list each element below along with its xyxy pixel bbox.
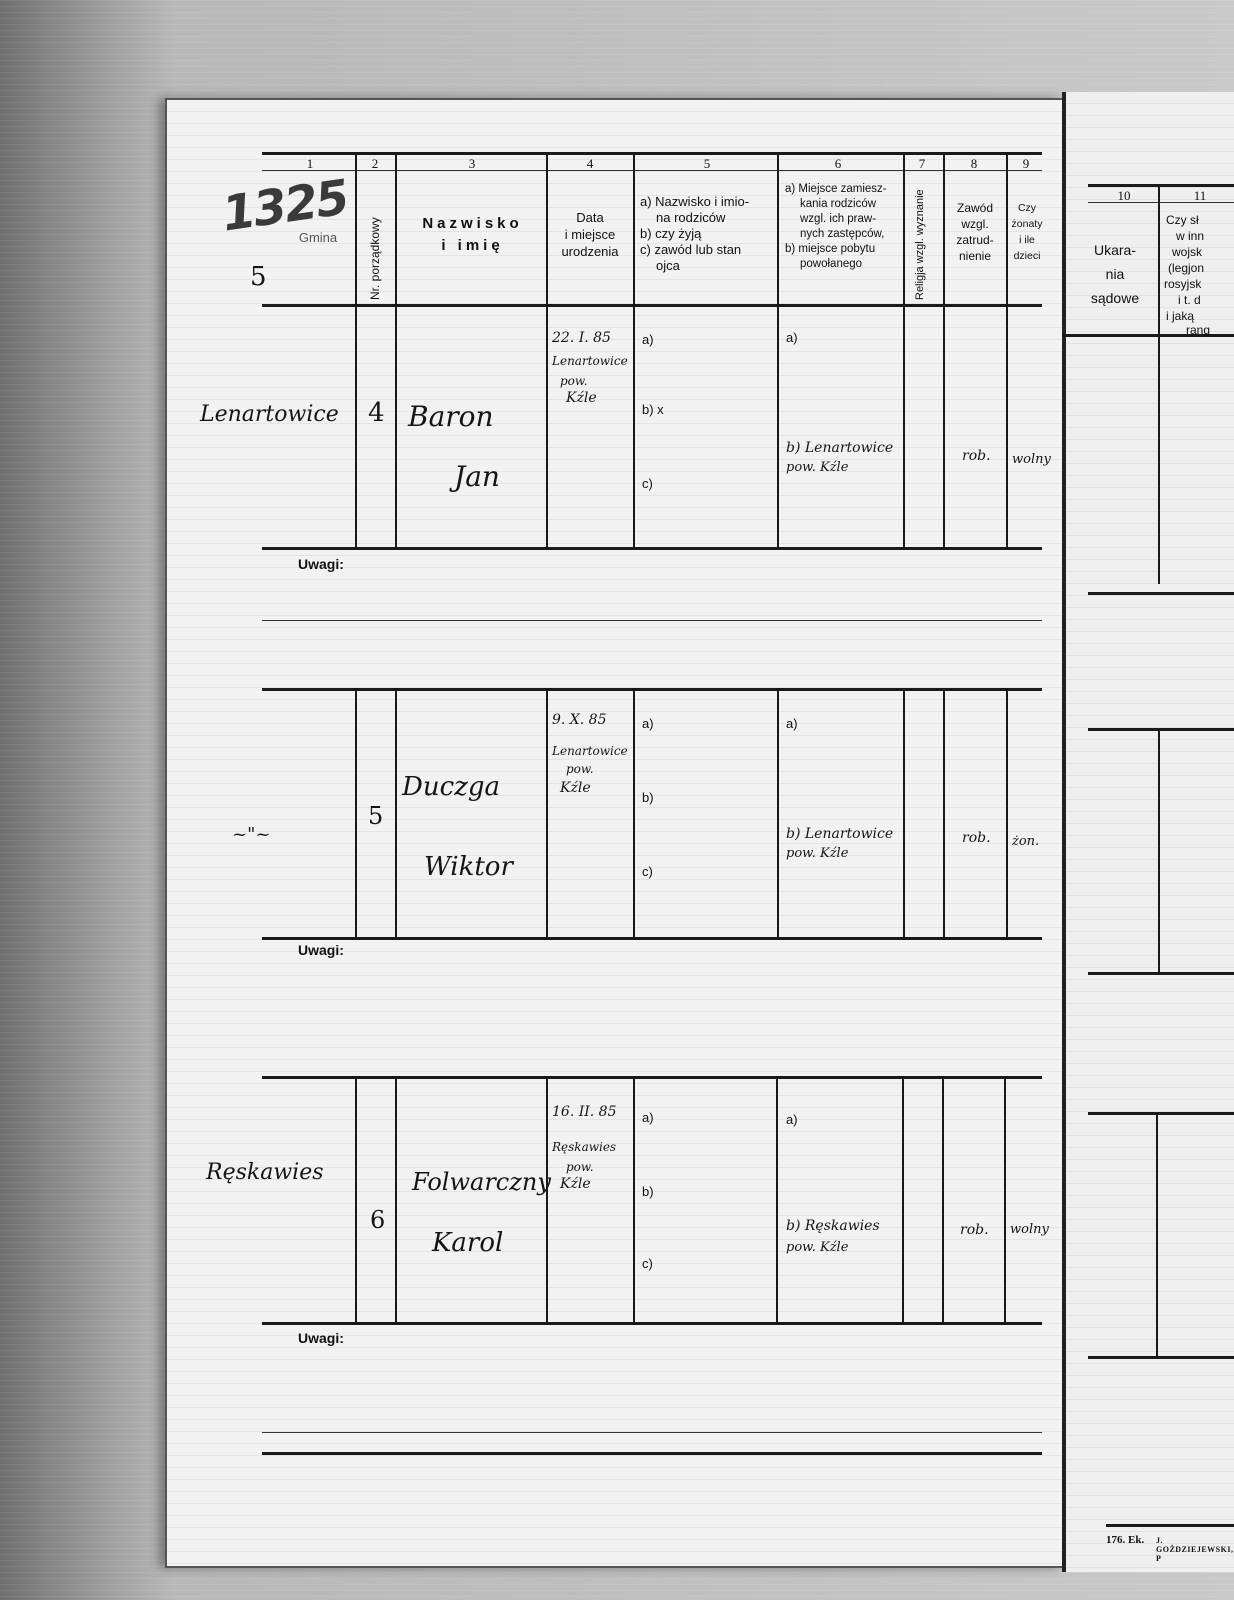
entry-2-given-name: Wiktor bbox=[424, 852, 513, 882]
entry-2-marital: żon. bbox=[1012, 834, 1039, 849]
col-num-5: 5 bbox=[697, 156, 717, 172]
bottom-rule-1 bbox=[262, 1432, 1042, 1433]
col-header-date-3: urodzenia bbox=[548, 244, 632, 260]
entry-3-nr: 6 bbox=[370, 1206, 385, 1234]
col-header-residence-a: a) Miejsce zamiesz- bbox=[785, 182, 905, 197]
entry-1-residence-b: b) Lenartowice bbox=[786, 440, 893, 456]
col-divider bbox=[777, 152, 779, 304]
col-divider bbox=[777, 304, 779, 548]
entry-1-birth-date: 22. I. 85 bbox=[552, 330, 611, 346]
entry-2-parents-c: c) bbox=[642, 864, 653, 879]
col-header-residence-a4: nych zastępców, bbox=[800, 227, 905, 242]
entry-1-bottom-rule bbox=[262, 547, 1042, 550]
col-num-3: 3 bbox=[462, 156, 482, 172]
entry-3-parents-a: a) bbox=[642, 1110, 654, 1125]
col-divider bbox=[395, 1076, 397, 1322]
col-divider bbox=[943, 304, 945, 548]
register-page-left bbox=[165, 98, 1065, 1568]
entry-1-surname: Baron bbox=[408, 400, 494, 433]
entry-1-given-name: Jan bbox=[454, 460, 500, 493]
header-num-rule-right bbox=[1088, 202, 1234, 203]
entry-1-marital: wolny bbox=[1012, 452, 1051, 467]
col-header-marital-1: Czy bbox=[1008, 200, 1046, 216]
col-divider bbox=[943, 152, 945, 304]
col-header-parents-c2: ojca bbox=[656, 258, 780, 274]
entry-1-uwagi-label: Uwagi: bbox=[298, 556, 344, 572]
entry-1-parents-a: a) bbox=[642, 332, 654, 347]
entry-2-birth-district-name: Kźle bbox=[560, 780, 591, 796]
col-header-service-4: (legjon bbox=[1168, 260, 1234, 276]
col-divider bbox=[395, 304, 397, 548]
entry-2-residence-a: a) bbox=[786, 716, 798, 731]
entry-1-parents-b: b) x bbox=[642, 402, 664, 417]
col-header-date-2: i miejsce bbox=[548, 227, 632, 243]
entry-2-parents-a: a) bbox=[642, 716, 654, 731]
col-header-punishments-3: sądowe bbox=[1070, 288, 1160, 308]
col-divider bbox=[395, 688, 397, 938]
right-rule bbox=[1088, 1356, 1234, 1359]
col-header-occupation-1: Zawód bbox=[944, 200, 1006, 216]
right-rule bbox=[1088, 592, 1234, 595]
col-num-1: 1 bbox=[300, 156, 320, 172]
col-header-service-3: wojsk bbox=[1172, 244, 1232, 260]
col-header-marital-2: żonaty bbox=[1006, 216, 1048, 232]
entry-3-bottom-rule bbox=[262, 1322, 1042, 1325]
entry-1-birth-place: Lenartowice bbox=[552, 354, 628, 368]
entry-3-birth-district: pow. bbox=[566, 1160, 594, 1174]
entry-2-gmina: ~"~ bbox=[232, 824, 270, 845]
col-header-service-8: rang bbox=[1186, 322, 1234, 338]
entry-3-parents-c: c) bbox=[642, 1256, 653, 1271]
entry-2-residence-b: b) Lenartowice bbox=[786, 826, 893, 842]
sheet-mark: 5 bbox=[250, 262, 267, 292]
entry-2-residence-b2: pow. Kźle bbox=[786, 846, 848, 861]
col-header-parents-a2: na rodziców bbox=[656, 210, 780, 226]
col-divider bbox=[1156, 1112, 1158, 1358]
col-divider bbox=[355, 1076, 357, 1322]
col-header-marital-3: i ile bbox=[1008, 232, 1046, 248]
col-divider bbox=[633, 304, 635, 548]
col-num-4: 4 bbox=[580, 156, 600, 172]
col-header-occupation-3: zatrud- bbox=[944, 232, 1006, 248]
col-header-service-5: rosyjsk bbox=[1164, 276, 1234, 292]
entry-3-top-rule bbox=[262, 1076, 1042, 1079]
entry-2-uwagi-label: Uwagi: bbox=[298, 942, 344, 958]
entry-1-parents-c: c) bbox=[642, 476, 653, 491]
col-header-religion: Religja wzgl. wyznanie bbox=[914, 189, 926, 300]
col-header-residence-b: b) miejsce pobytu bbox=[785, 242, 905, 257]
right-rule bbox=[1088, 972, 1234, 975]
entry-3-given-name: Karol bbox=[432, 1228, 503, 1258]
col-divider bbox=[903, 152, 905, 304]
entry-1-gmina: Lenartowice bbox=[200, 402, 339, 427]
paper-texture bbox=[167, 100, 1063, 1566]
entry-1-birth-district-name: Kźle bbox=[566, 390, 597, 406]
col-divider bbox=[546, 688, 548, 938]
footer-printer: J. GOŻDZIEJEWSKI, P bbox=[1156, 1536, 1234, 1563]
col-divider bbox=[1006, 688, 1008, 938]
col-header-residence-a3: wzgl. ich praw- bbox=[800, 212, 905, 227]
entry-3-uwagi-label: Uwagi: bbox=[298, 1330, 344, 1346]
col-divider bbox=[355, 304, 357, 548]
col-divider bbox=[942, 1076, 944, 1322]
entry-2-birth-date: 9. X. 85 bbox=[552, 712, 607, 728]
col-header-service-6: i t. d bbox=[1178, 292, 1234, 308]
entry-2-nr: 5 bbox=[368, 802, 383, 830]
entry-3-occupation: rob. bbox=[960, 1222, 989, 1238]
col-divider bbox=[395, 152, 397, 304]
col-header-residence-a2: kania rodziców bbox=[800, 197, 905, 212]
entry-1-residence-a: a) bbox=[786, 330, 798, 345]
header-bottom-rule bbox=[262, 304, 1042, 307]
uwagi-1-rule bbox=[262, 620, 1042, 621]
col-header-date-1: Data bbox=[548, 210, 632, 226]
header-top-rule-right bbox=[1088, 184, 1234, 187]
col-header-punishments-2: nia bbox=[1070, 264, 1160, 284]
col-num-9: 9 bbox=[1016, 156, 1036, 172]
col-header-service-2: w inn bbox=[1176, 228, 1234, 244]
col-divider bbox=[777, 688, 779, 938]
col-divider bbox=[903, 304, 905, 548]
col-header-given-name: i imię bbox=[400, 238, 545, 254]
entry-2-bottom-rule bbox=[262, 937, 1042, 940]
col-divider bbox=[943, 688, 945, 938]
col-header-marital-4: dzieci bbox=[1008, 248, 1046, 264]
entry-1-occupation: rob. bbox=[962, 448, 991, 464]
col-header-parents-c: c) zawód lub stan bbox=[640, 242, 780, 258]
footer-form-number: 176. Ek. bbox=[1106, 1534, 1144, 1546]
col-divider bbox=[776, 1076, 778, 1322]
entry-3-surname: Folwarczny bbox=[412, 1168, 551, 1196]
entry-3-residence-a: a) bbox=[786, 1112, 798, 1127]
col-divider bbox=[1004, 1076, 1006, 1322]
col-divider bbox=[903, 688, 905, 938]
col-num-7: 7 bbox=[912, 156, 932, 172]
entry-3-marital: wolny bbox=[1010, 1222, 1049, 1237]
col-divider bbox=[546, 304, 548, 548]
entry-2-occupation: rob. bbox=[962, 830, 991, 846]
col-num-6: 6 bbox=[828, 156, 848, 172]
col-header-surname: Nazwisko bbox=[400, 216, 545, 232]
col-header-parents-a: a) Nazwisko i imio- bbox=[640, 194, 780, 210]
entry-2-parents-b: b) bbox=[642, 790, 654, 805]
col-divider bbox=[902, 1076, 904, 1322]
entry-1-residence-b2: pow. Kźle bbox=[786, 460, 848, 475]
col-header-service-1: Czy sł bbox=[1166, 212, 1234, 228]
col-header-parents-b: b) czy żyją bbox=[640, 226, 780, 242]
entry-3-gmina: Ręskawies bbox=[206, 1160, 324, 1185]
col-divider bbox=[633, 1076, 635, 1322]
col-divider bbox=[546, 152, 548, 304]
bottom-rule-right bbox=[1106, 1524, 1234, 1527]
col-header-occupation-2: wzgl. bbox=[944, 216, 1006, 232]
col-header-residence-b2: powołanego bbox=[800, 257, 905, 272]
entry-2-birth-district: pow. bbox=[566, 762, 594, 776]
col-divider bbox=[1158, 728, 1160, 972]
bottom-rule-2 bbox=[262, 1452, 1042, 1455]
entry-3-birth-date: 16. II. 85 bbox=[552, 1104, 617, 1120]
col-divider bbox=[546, 1076, 548, 1322]
col-num-11: 11 bbox=[1188, 188, 1212, 204]
col-divider bbox=[1158, 184, 1160, 584]
col-divider bbox=[633, 688, 635, 938]
col-header-punishments-1: Ukara- bbox=[1070, 240, 1160, 260]
entry-3-residence-b: b) Ręskawies bbox=[786, 1218, 880, 1234]
entry-2-birth-place: Lenartowice bbox=[552, 744, 628, 758]
entry-3-birth-place: Ręskawies bbox=[552, 1140, 616, 1154]
col-header-occupation-4: nienie bbox=[944, 248, 1006, 264]
col-num-10: 10 bbox=[1112, 188, 1136, 204]
right-rule bbox=[1088, 1112, 1234, 1115]
col-divider bbox=[355, 688, 357, 938]
col-num-8: 8 bbox=[964, 156, 984, 172]
entry-2-top-rule bbox=[262, 688, 1042, 691]
col-divider bbox=[633, 152, 635, 304]
col-header-nr: Nr. porządkowy bbox=[368, 217, 382, 300]
entry-3-birth-district-name: Kźle bbox=[560, 1176, 591, 1192]
col-divider bbox=[1006, 304, 1008, 548]
col-divider bbox=[355, 152, 357, 304]
entry-1-nr: 4 bbox=[368, 398, 385, 428]
entry-2-surname: Duczga bbox=[402, 772, 500, 802]
header-top-rule bbox=[262, 152, 1042, 155]
entry-3-parents-b: b) bbox=[642, 1184, 654, 1199]
col-header-gmina: Gmina bbox=[288, 230, 348, 246]
right-rule bbox=[1088, 728, 1234, 731]
entry-1-birth-district: pow. bbox=[560, 374, 588, 388]
entry-3-residence-b2: pow. Kźle bbox=[786, 1240, 848, 1255]
col-divider bbox=[1006, 152, 1008, 304]
col-num-2: 2 bbox=[365, 156, 385, 172]
